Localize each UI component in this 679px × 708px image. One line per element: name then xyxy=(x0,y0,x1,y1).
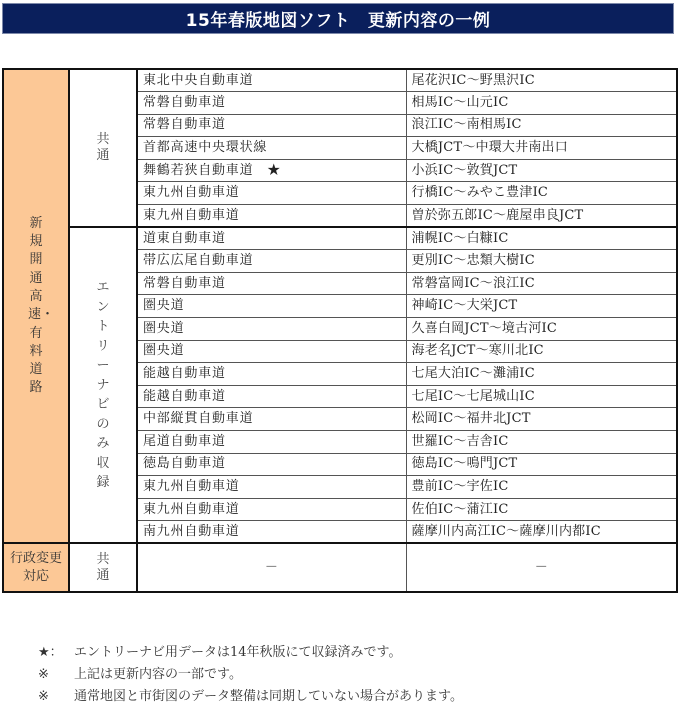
footnote-text: 上記は更新内容の一部です。 xyxy=(74,664,242,686)
road-name: 徳島自動車道 xyxy=(137,453,406,476)
road-section: 佐伯IC～蒲江IC xyxy=(406,498,677,521)
road-section: 大橋JCT～中環大井南出口 xyxy=(406,137,677,160)
road-section: 七尾大泊IC～灘浦IC xyxy=(406,363,677,386)
road-name: 南九州自動車道 xyxy=(137,521,406,544)
road-name: 圏央道 xyxy=(137,295,406,318)
road-section: － xyxy=(406,543,677,592)
road-name: 東九州自動車道 xyxy=(137,476,406,499)
category-label: 新規開通高速・有料道路 xyxy=(28,215,44,398)
road-name: 首都高速中央環状線 xyxy=(137,137,406,160)
title-bar: 15年春版地図ソフト 更新内容の一例 xyxy=(2,3,674,34)
road-section: 浪江IC～南相馬IC xyxy=(406,114,677,137)
road-name: 東九州自動車道 xyxy=(137,498,406,521)
road-name: 能越自動車道 xyxy=(137,363,406,386)
road-section: 神崎IC～大栄JCT xyxy=(406,295,677,318)
star-icon: ★： xyxy=(38,642,74,664)
road-section: 相馬IC～山元IC xyxy=(406,92,677,115)
category-new-roads: 新規開通高速・有料道路 xyxy=(3,69,69,543)
empty-dash: － xyxy=(407,561,677,575)
page-title: 15年春版地図ソフト 更新内容の一例 xyxy=(186,6,491,31)
group-common: 共通 xyxy=(69,69,137,227)
category-label: 行政変更対応 xyxy=(5,550,67,586)
road-section: 小浜IC～敦賀JCT xyxy=(406,159,677,182)
table-row-admin: 行政変更対応 共通 － － xyxy=(3,543,677,592)
group-entry-navi-only: エントリーナビのみ収録 xyxy=(69,227,137,543)
table-row: 新規開通高速・有料道路 共通 東北中央自動車道 尾花沢IC～野黒沢IC xyxy=(3,69,677,92)
road-section: 豊前IC～宇佐IC xyxy=(406,476,677,499)
group-common: 共通 xyxy=(69,543,137,592)
road-section: 世羅IC～吉舎IC xyxy=(406,431,677,454)
road-name: 能越自動車道 xyxy=(137,385,406,408)
road-name: 道東自動車道 xyxy=(137,227,406,250)
category-admin-change: 行政変更対応 xyxy=(3,543,69,592)
road-section: 常磐富岡IC～浪江IC xyxy=(406,272,677,295)
road-name: 圏央道 xyxy=(137,340,406,363)
road-section: 久喜白岡JCT～境古河IC xyxy=(406,318,677,341)
road-section: 薩摩川内高江IC～薩摩川内都IC xyxy=(406,521,677,544)
footnotes: ★： エントリーナビ用データは14年秋版にて収録済みです。 ※ 上記は更新内容の… xyxy=(38,642,463,708)
footnote-partial: ※ 上記は更新内容の一部です。 xyxy=(38,664,463,686)
road-section: 海老名JCT～寒川北IC xyxy=(406,340,677,363)
road-section: 行橋IC～みやこ豊津IC xyxy=(406,182,677,205)
group-label: 共通 xyxy=(95,132,111,164)
footnote-text: エントリーナビ用データは14年秋版にて収録済みです。 xyxy=(74,642,402,664)
road-section: 浦幌IC～白糠IC xyxy=(406,227,677,250)
road-name: － xyxy=(137,543,406,592)
empty-dash: － xyxy=(138,561,406,575)
road-name: 常磐自動車道 xyxy=(137,114,406,137)
road-name: 舞鶴若狭自動車道 ★ xyxy=(137,159,406,182)
road-name: 帯広広尾自動車道 xyxy=(137,250,406,273)
table-row: エントリーナビのみ収録 道東自動車道 浦幌IC～白糠IC xyxy=(3,227,677,250)
road-section: 尾花沢IC～野黒沢IC xyxy=(406,69,677,92)
road-section: 松岡IC～福井北JCT xyxy=(406,408,677,431)
road-name: 尾道自動車道 xyxy=(137,431,406,454)
road-name: 中部縦貫自動車道 xyxy=(137,408,406,431)
road-section: 曽於弥五郎IC～鹿屋串良JCT xyxy=(406,205,677,228)
footnote-star: ★： エントリーナビ用データは14年秋版にて収録済みです。 xyxy=(38,642,463,664)
road-name: 東九州自動車道 xyxy=(137,182,406,205)
group-label: エントリーナビのみ収録 xyxy=(95,278,111,493)
road-name: 東九州自動車道 xyxy=(137,205,406,228)
road-section: 更別IC～忠類大樹IC xyxy=(406,250,677,273)
update-table: 新規開通高速・有料道路 共通 東北中央自動車道 尾花沢IC～野黒沢IC 常磐自動… xyxy=(2,68,678,593)
road-section: 七尾IC～七尾城山IC xyxy=(406,385,677,408)
reference-mark-icon: ※ xyxy=(38,664,74,686)
road-section: 徳島IC～鳴門JCT xyxy=(406,453,677,476)
footnote-sync: ※ 通常地図と市街図のデータ整備は同期していない場合があります。 xyxy=(38,686,463,708)
road-name: 圏央道 xyxy=(137,318,406,341)
road-name: 東北中央自動車道 xyxy=(137,69,406,92)
road-name: 常磐自動車道 xyxy=(137,272,406,295)
reference-mark-icon: ※ xyxy=(38,686,74,708)
group-label: 共通 xyxy=(95,552,111,584)
footnote-text: 通常地図と市街図のデータ整備は同期していない場合があります。 xyxy=(74,686,463,708)
road-name: 常磐自動車道 xyxy=(137,92,406,115)
